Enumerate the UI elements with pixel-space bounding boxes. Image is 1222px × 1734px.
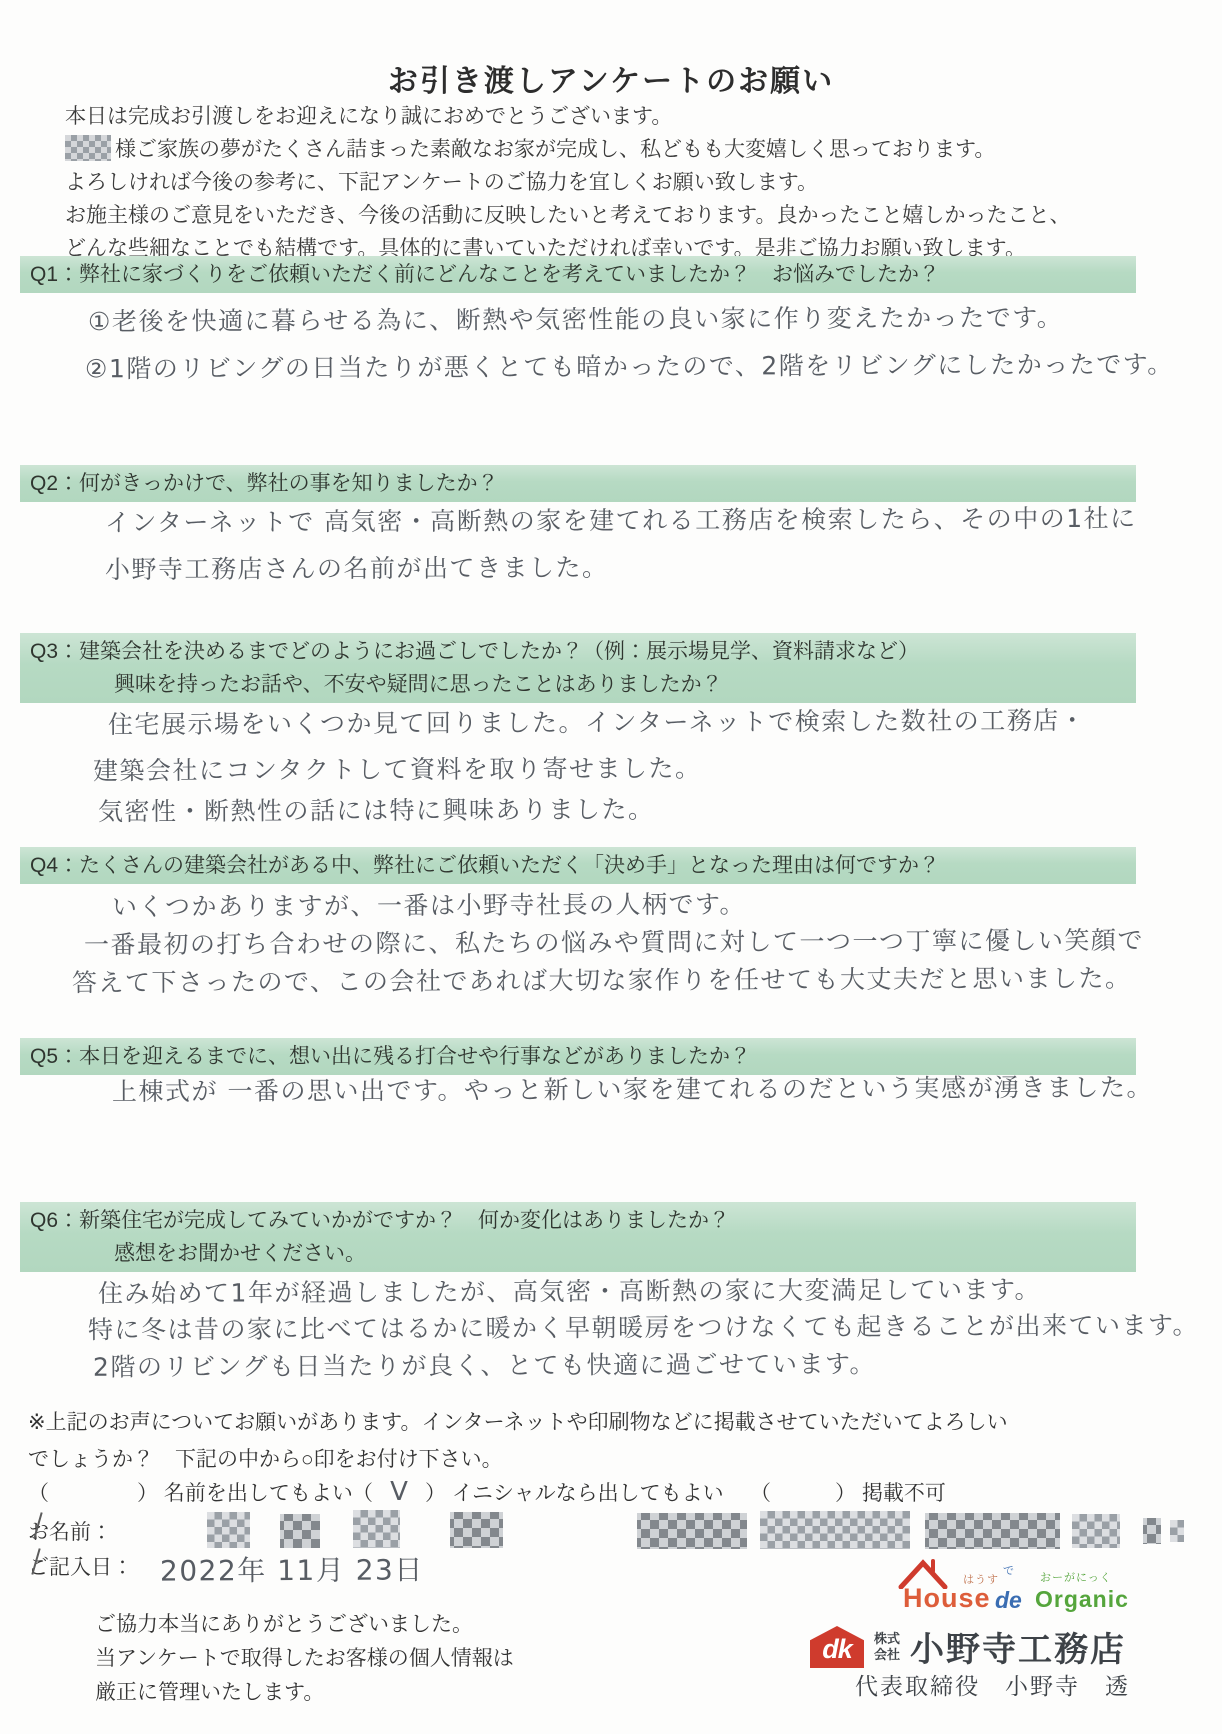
- logo-word-organic: Organic: [1035, 1586, 1129, 1613]
- redacted-name-mosaic: [353, 1510, 400, 1548]
- option-allow-name: （） 名前を出してもよい: [28, 1477, 353, 1507]
- answer-4-line-1: いくつかありますが、一番は小野寺社長の人柄です。: [112, 885, 746, 924]
- answer-3-line-1: 住宅展示場をいくつか見て回りました。インターネットで検索した数社の工務店・: [108, 701, 1086, 741]
- name-field-label: お名前：: [28, 1516, 112, 1546]
- intro-line: 様ご家族の夢がたくさん詰まった素敵なお家が完成し、私どもも大変嬉しく思っておりま…: [65, 133, 1070, 166]
- redacted-name-mosaic: [1170, 1520, 1184, 1542]
- redacted-name-mosaic: [280, 1514, 320, 1548]
- answer-5-line-1: 上棟式が 一番の思い出です。やっと新しい家を建てれるのだという実感が湧きました。: [112, 1068, 1153, 1109]
- answer-6-line-3: 2階のリビングも日当たりが良く、とても快適に過ごせています。: [93, 1344, 876, 1383]
- survey-document: お引き渡しアンケートのお願い 本日は完成お引渡しをお迎えになり誠におめでとうござ…: [0, 0, 1222, 1734]
- intro-line-text: 様ご家族の夢がたくさん詰まった素敵なお家が完成し、私どもも大変嬉しく思っておりま…: [115, 138, 995, 161]
- paren-open: （: [750, 1482, 771, 1505]
- company-prefix: 株式 会社: [874, 1631, 900, 1663]
- redacted-name-mosaic: [637, 1513, 747, 1549]
- answer-1-line-2: ②1階のリビングの日当たりが悪くとても暗かったので、2階をリビングにしたかったで…: [85, 345, 1174, 386]
- intro-line: よろしければ今後の参考に、下記アンケートのご協力を宜しくお願い致します。: [65, 166, 1070, 199]
- house-de-organic-logo: はうす で おーがにっく House de Organic: [855, 1561, 1155, 1615]
- question-3-header: Q3：建築会社を決めるまでどのようにお過ごしでしたか？（例：展示場見学、資料請求…: [20, 633, 1136, 703]
- option-allow-initials: （V） イニシャルなら出してもよい: [352, 1477, 724, 1507]
- representative-name: 代表取締役 小野寺 透: [855, 1668, 1130, 1701]
- furigana-de: で: [1003, 1562, 1015, 1578]
- checkmark-v: V: [373, 1477, 425, 1507]
- thanks-line: 厳正に管理いたします。: [95, 1676, 514, 1710]
- redacted-name-mosaic: [760, 1511, 910, 1549]
- redacted-customer-name: [65, 135, 111, 161]
- paren-close: ）: [137, 1482, 158, 1505]
- redacted-name-mosaic: [1072, 1514, 1120, 1548]
- answer-4-line-2: 一番最初の打ち合わせの際に、私たちの悩みや質問に対して一つ一つ丁寧に優しい笑顔で: [84, 921, 1144, 962]
- logo-word-house: House: [903, 1583, 991, 1614]
- option-no-publish: （） 掲載不可: [750, 1477, 946, 1507]
- option-label: イニシャルなら出してもよい: [452, 1482, 724, 1505]
- redacted-name-mosaic: [207, 1512, 250, 1548]
- option-label: 掲載不可: [862, 1482, 946, 1505]
- question-3-text-line-2: 興味を持ったお話や、不安や疑問に思ったことはありましたか？: [20, 670, 1136, 703]
- question-6-header: Q6：新築住宅が完成してみていかがですか？ 何か変化はありましたか？ 感想をお聞…: [20, 1202, 1136, 1272]
- answer-4-line-3: 答えて下さったので、この会社であれば大切な家作りを任せても大丈夫だと思いました。: [72, 959, 1132, 1000]
- paren-open: （: [352, 1482, 373, 1505]
- redacted-name-mosaic: [925, 1513, 1060, 1549]
- intro-line: 本日は完成お引渡しをお迎えになり誠におめでとうございます。: [65, 100, 1070, 133]
- note-line: ※上記のお声についてお願いがあります。インターネットや印刷物などに掲載させていた…: [28, 1404, 1008, 1441]
- intro-line: お施主様のご意見をいただき、今後の活動に反映したいと考えております。良かったこと…: [65, 199, 1070, 232]
- thanks-paragraph: ご協力本当にありがとうございました。 当アンケートで取得したお客様の個人情報は …: [95, 1608, 514, 1710]
- answer-2-line-2: 小野寺工務店さんの名前が出てきました。: [105, 548, 609, 586]
- intro-paragraph: 本日は完成お引渡しをお迎えになり誠におめでとうございます。 様ご家族の夢がたくさ…: [65, 100, 1070, 265]
- question-1-header: Q1：弊社に家づくりをご依頼いただく前にどんなことを考えていましたか？ お悩みで…: [20, 256, 1136, 293]
- logo-word-de: de: [995, 1587, 1022, 1614]
- thanks-line: ご協力本当にありがとうございました。: [95, 1608, 514, 1642]
- redacted-name-mosaic: [1143, 1518, 1161, 1544]
- paren-open: （: [28, 1482, 49, 1505]
- option-label: 名前を出してもよい: [164, 1482, 353, 1505]
- dk-house-logo: dk: [810, 1626, 864, 1668]
- question-2-text: Q2：何がきっかけで、弊社の事を知りましたか？: [20, 465, 1136, 502]
- company-prefix-bottom: 会社: [874, 1647, 900, 1663]
- paren-close: ）: [425, 1482, 446, 1505]
- question-1-text: Q1：弊社に家づくりをご依頼いただく前にどんなことを考えていましたか？ お悩みで…: [20, 256, 1136, 293]
- company-name: 小野寺工務店: [910, 1622, 1126, 1671]
- furigana-organic: おーがにっく: [1040, 1569, 1112, 1585]
- answer-1-line-1: ①老後を快適に暮らせる為に、断熱や気密性能の良い家に作り変えたかったです。: [88, 298, 1063, 338]
- question-4-text: Q4：たくさんの建築会社がある中、弊社にご依頼いただく「決め手」となった理由は何…: [20, 847, 1136, 884]
- question-3-text-line-1: Q3：建築会社を決めるまでどのようにお過ごしでしたか？（例：展示場見学、資料請求…: [20, 633, 1136, 670]
- thanks-line: 当アンケートで取得したお客様の個人情報は: [95, 1642, 514, 1676]
- question-6-text-line-1: Q6：新築住宅が完成してみていかがですか？ 何か変化はありましたか？: [20, 1202, 1136, 1239]
- answer-6-line-2: 特に冬は昔の家に比べてはるかに暖かく早朝暖房をつけなくても起きることが出来ていま…: [88, 1306, 1199, 1347]
- answer-3-line-2: 建築会社にコンタクトして資料を取り寄せました。: [93, 749, 702, 788]
- paren-close: ）: [835, 1482, 856, 1505]
- answer-3-line-3: 気密性・断熱性の話には特に興味ありました。: [98, 790, 655, 828]
- redacted-name-mosaic: [450, 1512, 503, 1548]
- date-field-label: ご記入日：: [28, 1551, 133, 1581]
- page-title: お引き渡しアンケートのお願い: [0, 56, 1222, 100]
- answer-6-line-1: 住み始めて1年が経過しましたが、高気密・高断熱の家に大変満足しています。: [98, 1270, 1041, 1310]
- company-prefix-top: 株式: [874, 1631, 900, 1647]
- dk-logo-text: dk: [822, 1630, 852, 1668]
- question-4-header: Q4：たくさんの建築会社がある中、弊社にご依頼いただく「決め手」となった理由は何…: [20, 847, 1136, 884]
- answer-2-line-1: インターネットで 高気密・高断熱の家を建てれる工務店を検索したら、その中の1社に: [105, 499, 1137, 540]
- question-6-text-line-2: 感想をお聞かせください。: [20, 1239, 1136, 1272]
- note-line: でしょうか？ 下記の中から○印をお付け下さい。: [28, 1441, 1008, 1478]
- question-2-header: Q2：何がきっかけで、弊社の事を知りましたか？: [20, 465, 1136, 502]
- date-value-handwritten: 2022年 11月 23日: [160, 1548, 424, 1589]
- publish-permission-note: ※上記のお声についてお願いがあります。インターネットや印刷物などに掲載させていた…: [28, 1404, 1008, 1478]
